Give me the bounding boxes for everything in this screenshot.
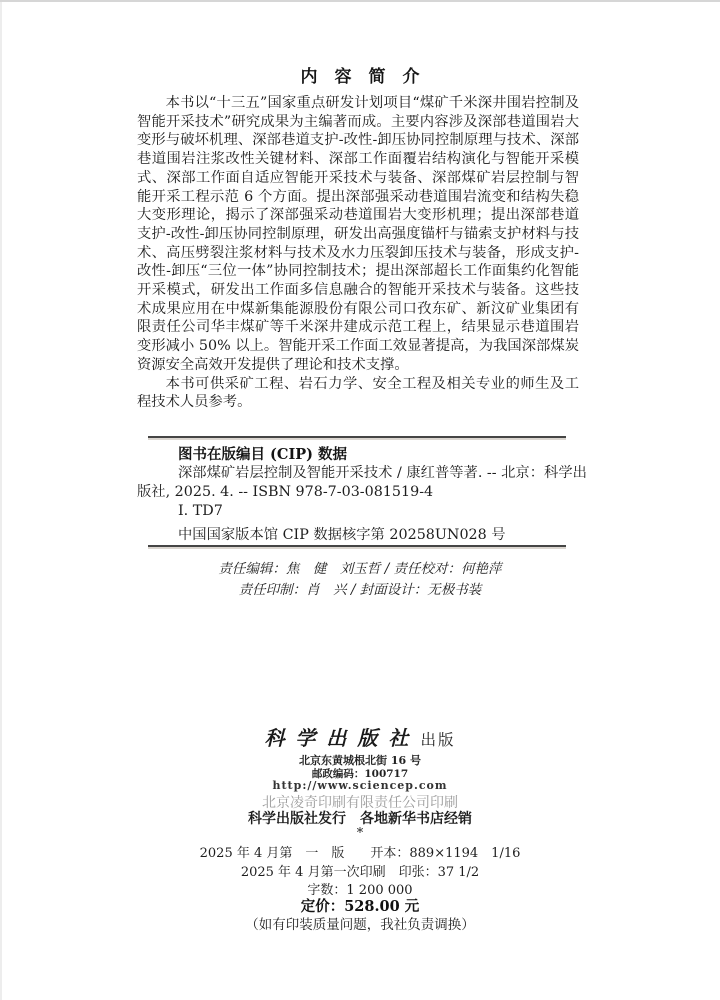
publisher-url: http://www.sciencep.com [0,779,720,792]
content-summary-body: 本书以“十三五”国家重点研发计划项目“煤矿千米深井围岩控制及智能开采技术”研究成… [137,94,579,412]
book-copyright-page: 内 容 简 介 本书以“十三五”国家重点研发计划项目“煤矿千米深井围岩控制及智能… [0,0,720,1000]
distribution-line: 科学出版社发行 各地新华书店经销 [0,808,720,828]
publisher-logo: 科学出版社 [264,726,419,750]
printing-line: 2025 年 4 月第一次印刷 印张：37 1/2 [0,861,720,880]
quality-note-line: （如有印装质量问题，我社负责调换） [0,913,720,933]
publisher-logo-suffix: 出版 [421,731,456,749]
cip-classification-line: Ⅰ. TD7 [178,503,223,519]
divider-rule-top [148,436,566,438]
divider-rule-bottom [148,545,566,547]
publisher-logo-line: 科学出版社 出版 [0,722,720,751]
editorial-credits-line-1: 责任编辑：焦 健 刘玉哲 / 责任校对：何艳萍 [0,557,720,577]
edition-line: 2025 年 4 月第 一 版 开本：889×1194 1/16 [0,842,720,861]
editorial-credits-line-2: 责任印制：肖 兴 / 封面设计：无极书装 [0,578,720,598]
cip-record-number-line: 中国国家版本馆 CIP 数据核字第 20258UN028 号 [178,524,506,544]
summary-paragraph-1: 本书以“十三五”国家重点研发计划项目“煤矿千米深井围岩控制及智能开采技术”研究成… [137,94,579,375]
cip-isbn-line: 版社, 2025. 4. -- ISBN 978-7-03-081519-4 [137,481,433,501]
content-summary-title: 内 容 简 介 [0,62,720,87]
cip-heading: 图书在版编目 (CIP) 数据 [178,443,347,464]
section-star: * [0,826,720,841]
cip-title-line: 深部煤矿岩层控制及智能开采技术 / 康红普等著. -- 北京：科学出 [178,462,587,482]
summary-paragraph-2: 本书可供采矿工程、岩石力学、安全工程及相关专业的师生及工程技术人员参考。 [137,375,579,412]
